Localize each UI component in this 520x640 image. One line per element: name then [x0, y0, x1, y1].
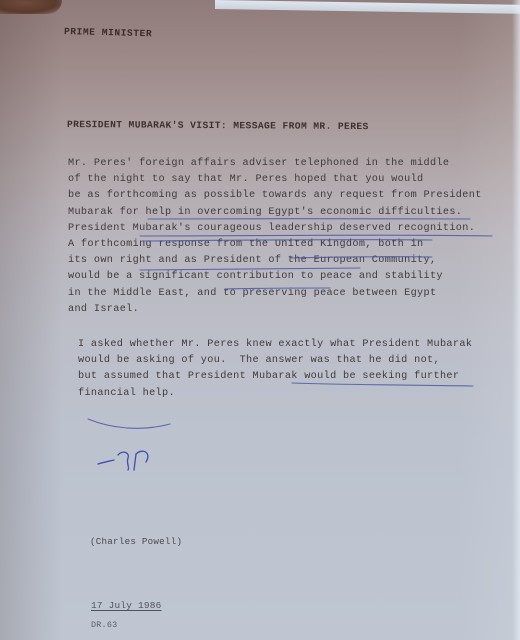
text-line: in the Middle East, and to preserving pe… [68, 288, 436, 299]
text-line: Mubarak for help in overcoming Egypt's e… [68, 207, 462, 218]
text-line: its own right and as President of the Eu… [68, 255, 436, 266]
text-line: President Mubarak's courageous leadershi… [68, 223, 475, 234]
text-line: Mr. Peres' foreign affairs adviser telep… [68, 158, 449, 169]
background-sheet-edge [215, 0, 520, 14]
paragraph-1: Mr. Peres' foreign affairs adviser telep… [68, 152, 482, 314]
text-line: A forthcoming response from the United K… [68, 239, 424, 250]
text-line: be as forthcoming as possible towards an… [68, 190, 482, 201]
page-edge [512, 0, 520, 640]
text-line: and Israel. [68, 304, 139, 315]
pen-stroke [88, 419, 170, 428]
signatory-name: (Charles Powell) [90, 537, 182, 546]
text-line: but assumed that President Mubarak would… [78, 371, 459, 382]
addressee-heading: PRIME MINISTER [64, 27, 152, 39]
text-line: I asked whether Mr. Peres knew exactly w… [78, 339, 472, 350]
memo-title: PRESIDENT MUBARAK'S VISIT: MESSAGE FROM … [67, 120, 369, 132]
text-line: of the night to say that Mr. Peres hoped… [68, 174, 424, 185]
paragraph-2: I asked whether Mr. Peres knew exactly w… [78, 333, 472, 398]
initials-icon [98, 451, 148, 470]
thumb-shadow [0, 0, 62, 14]
document-page: PRIME MINISTER PRESIDENT MUBARAK'S VISIT… [0, 0, 520, 640]
memo-date: 17 July 1986 [91, 601, 162, 610]
text-line: financial help. [78, 388, 175, 399]
text-line: would be a significant contribution to p… [68, 271, 443, 282]
pen-annotations [0, 0, 520, 640]
text-line: would be asking of you. The answer was t… [78, 355, 440, 366]
reference-code: DR.63 [91, 621, 117, 629]
